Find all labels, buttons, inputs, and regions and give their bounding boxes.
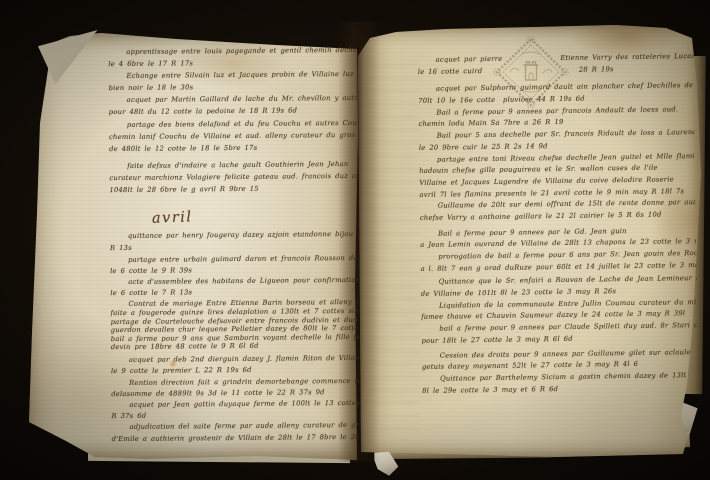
manuscript-line: chefse Varry a anthoine gaillarz le 21 2…	[420, 210, 696, 226]
manuscript-line: devin pre 18bre 48 cotte le 9 R 6l 6d	[111, 341, 359, 353]
manuscript-scan: apprentissage entre louis pagegande et g…	[0, 0, 710, 480]
manuscript-line: 1048lt le 28 6bre le g avril R 9bre 15	[109, 184, 357, 198]
left-page-text: apprentissage entre louis pagegande et g…	[108, 46, 360, 458]
ink-showthrough	[358, 60, 420, 430]
manuscript-line: pour 18lt le 27 cotte le 3 may R 6l 6d	[421, 333, 697, 349]
manuscript-line: le 16 cotte cuird 28 R 19s	[418, 64, 694, 80]
manuscript-line: d'Emile a authierin grostenir de Villain…	[112, 433, 360, 444]
manuscript-line: 8l le 29e cotte le 3 may et 6 R 6d	[422, 383, 698, 399]
right-page-text: acquet par pierre Etienne Varry des ratt…	[418, 52, 699, 406]
manuscript-line: de 480lt le 12 cotte le 18 le 5bre 17s	[109, 143, 357, 157]
month-heading-avril: avril	[152, 209, 193, 226]
